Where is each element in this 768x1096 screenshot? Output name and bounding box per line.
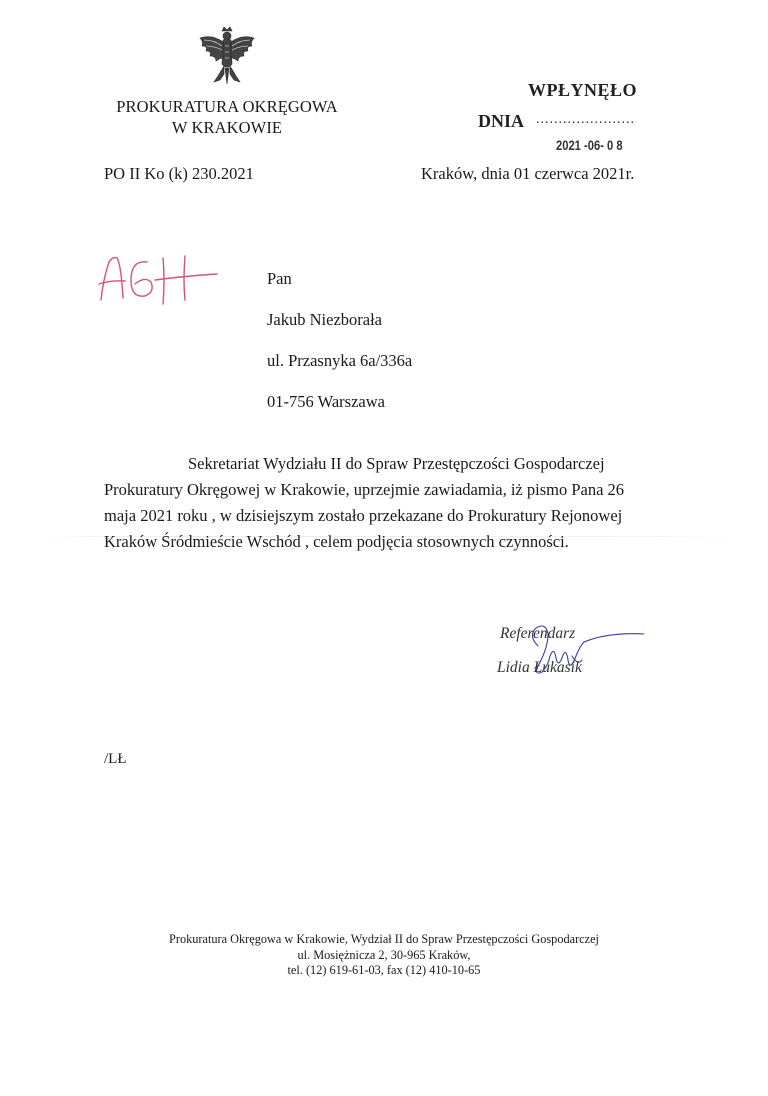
body-line: Sekretariat Wydziału II do Spraw Przestę… <box>104 451 600 477</box>
office-name-line1: PROKURATURA OKRĘGOWA <box>104 96 350 117</box>
received-stamp-title: WPŁYNĘŁO <box>528 80 637 101</box>
recipient-address: Pan Jakub Niezborała ul. Przasnyka 6a/33… <box>267 258 412 422</box>
received-stamp-dnia-label: DNIA <box>478 111 524 132</box>
footer-line2: ul. Mosiężnicza 2, 30-965 Kraków, <box>104 948 664 964</box>
office-name: PROKURATURA OKRĘGOWA W KRAKOWIE <box>104 96 350 138</box>
footer-line1: Prokuratura Okręgowa w Krakowie, Wydział… <box>104 932 664 948</box>
received-stamp-date: 2021 -06- 0 8 <box>556 137 623 153</box>
recipient-postal-city: 01-756 Warszawa <box>267 381 412 422</box>
received-stamp-dots: ...................... <box>536 112 635 128</box>
author-initials: /LŁ <box>104 751 127 768</box>
handwritten-agh-icon <box>95 250 220 315</box>
body-line: maja 2021 roku , w dzisiejszym zostało p… <box>104 503 600 529</box>
office-name-line2: W KRAKOWIE <box>104 117 350 138</box>
handwritten-note <box>95 250 220 315</box>
reference-number: PO II Ko (k) 230.2021 <box>104 164 254 184</box>
eagle-emblem-icon <box>194 24 260 90</box>
body-line: Kraków Śródmieście Wschód , celem podjęc… <box>104 529 600 555</box>
letter-body: Sekretariat Wydziału II do Spraw Przestę… <box>104 451 600 555</box>
body-line: Prokuratury Okręgowej w Krakowie, uprzej… <box>104 477 600 503</box>
letter-footer: Prokuratura Okręgowa w Krakowie, Wydział… <box>104 932 664 979</box>
recipient-salutation: Pan <box>267 258 412 299</box>
footer-line3: tel. (12) 619-61-03, fax (12) 410-10-65 <box>104 963 664 979</box>
place-and-date: Kraków, dnia 01 czerwca 2021r. <box>421 164 634 184</box>
recipient-street: ul. Przasnyka 6a/336a <box>267 340 412 381</box>
signature-scribble-icon <box>488 616 648 688</box>
recipient-name: Jakub Niezborała <box>267 299 412 340</box>
handwritten-signature <box>488 616 648 688</box>
